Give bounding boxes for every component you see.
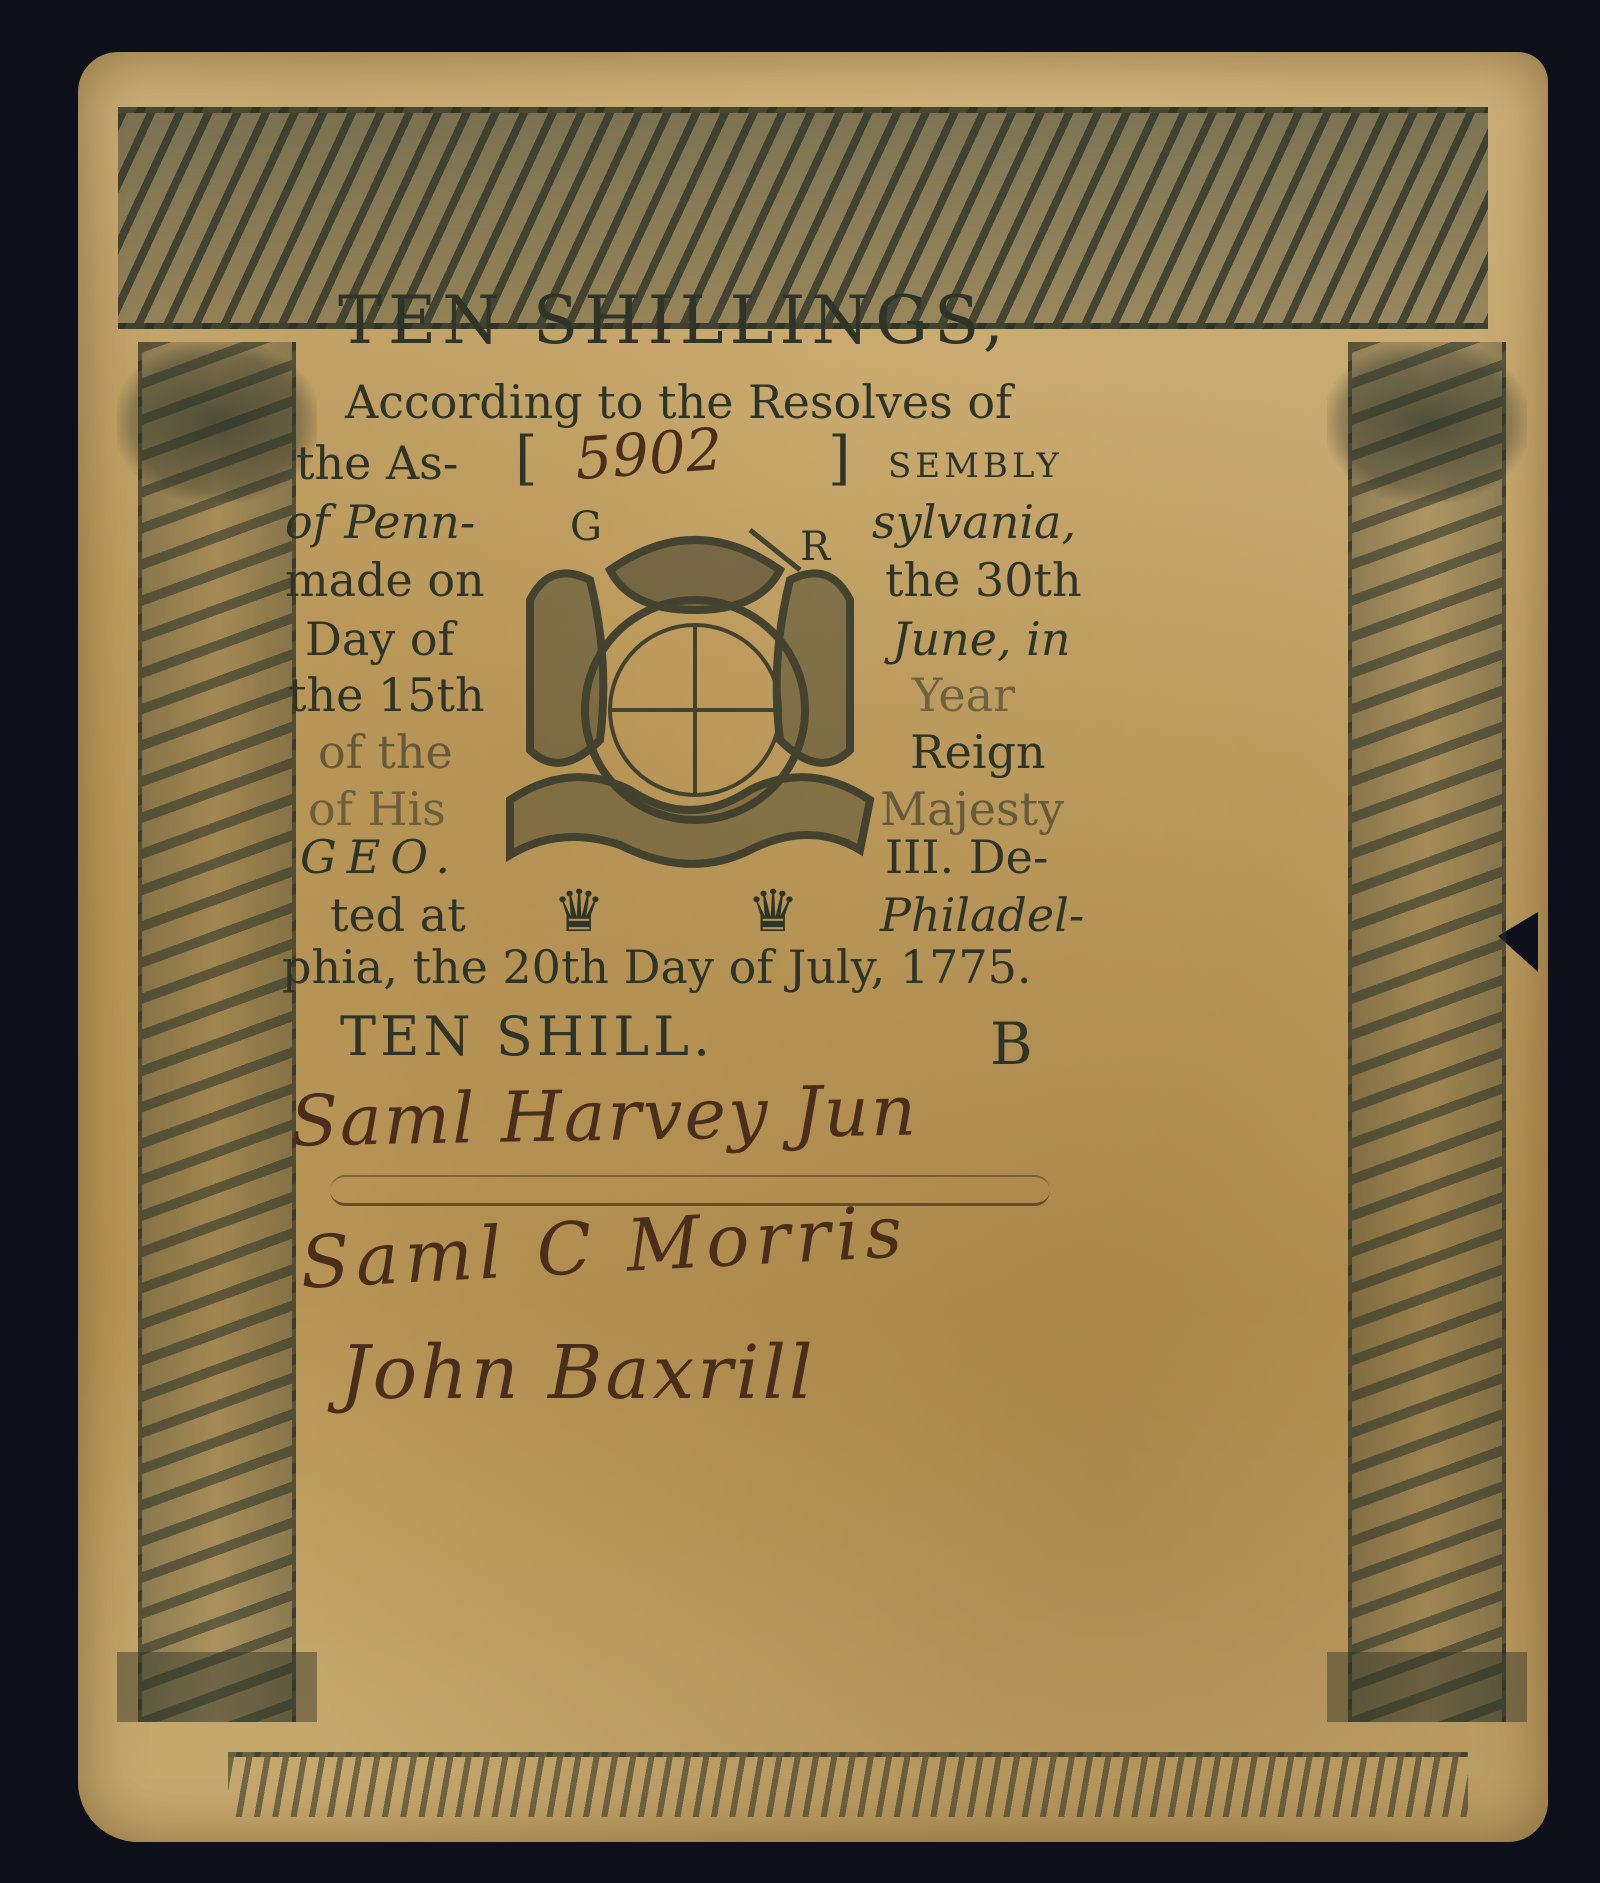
left-text-line: of His — [308, 782, 446, 836]
right-text-line: Majesty — [880, 782, 1064, 836]
right-text-line: III. De- — [885, 830, 1048, 884]
right-text-line: sylvania, — [872, 495, 1076, 549]
right-text-line: Year — [912, 668, 1015, 722]
right-text-line: SEMBLY — [888, 446, 1063, 486]
left-text-line: made on — [285, 553, 485, 607]
cypher-g: G — [570, 510, 602, 550]
signature-3: John Baxrill — [340, 1330, 816, 1416]
signature-1: Saml Harvey Jun — [289, 1070, 918, 1163]
left-column-border — [138, 342, 296, 1722]
right-text-line: June, in — [892, 612, 1071, 666]
left-text-line: ted at — [330, 888, 466, 942]
left-text-line: of Penn- — [285, 495, 475, 549]
column-base — [1327, 1652, 1527, 1722]
right-text-line: Reign — [910, 725, 1046, 779]
coat-of-arms-icon: G R — [500, 510, 880, 870]
denomination-short: TEN SHILL. — [340, 1005, 714, 1068]
column-base — [117, 1652, 317, 1722]
cypher-r: R — [800, 524, 832, 570]
plate-letter: B — [990, 1010, 1033, 1078]
left-text-line: the As- — [296, 436, 458, 490]
bottom-ornamental-border — [228, 1752, 1468, 1817]
left-text-line: the 15th — [288, 668, 485, 722]
serial-bracket-open: [ — [515, 424, 538, 492]
column-capital — [1327, 342, 1527, 502]
column-capital — [117, 342, 317, 502]
serial-number: 5902 — [573, 415, 725, 493]
left-text-line: GEO. — [300, 830, 460, 884]
left-text-line: Day of — [305, 612, 455, 666]
serial-bracket-close: ] — [828, 424, 851, 492]
denomination-title: TEN SHILLINGS, — [338, 282, 1010, 359]
right-text-line: Philadel- — [880, 888, 1084, 942]
crown-icon: ♛ — [738, 876, 808, 946]
left-text-line: of the — [318, 725, 453, 779]
date-line: phia, the 20th Day of July, 1775. — [282, 940, 1032, 994]
royal-coat-of-arms: G R — [500, 510, 880, 870]
crown-icon: ♛ — [544, 876, 614, 946]
right-text-line: the 30th — [885, 553, 1082, 607]
right-column-border — [1348, 342, 1506, 1722]
